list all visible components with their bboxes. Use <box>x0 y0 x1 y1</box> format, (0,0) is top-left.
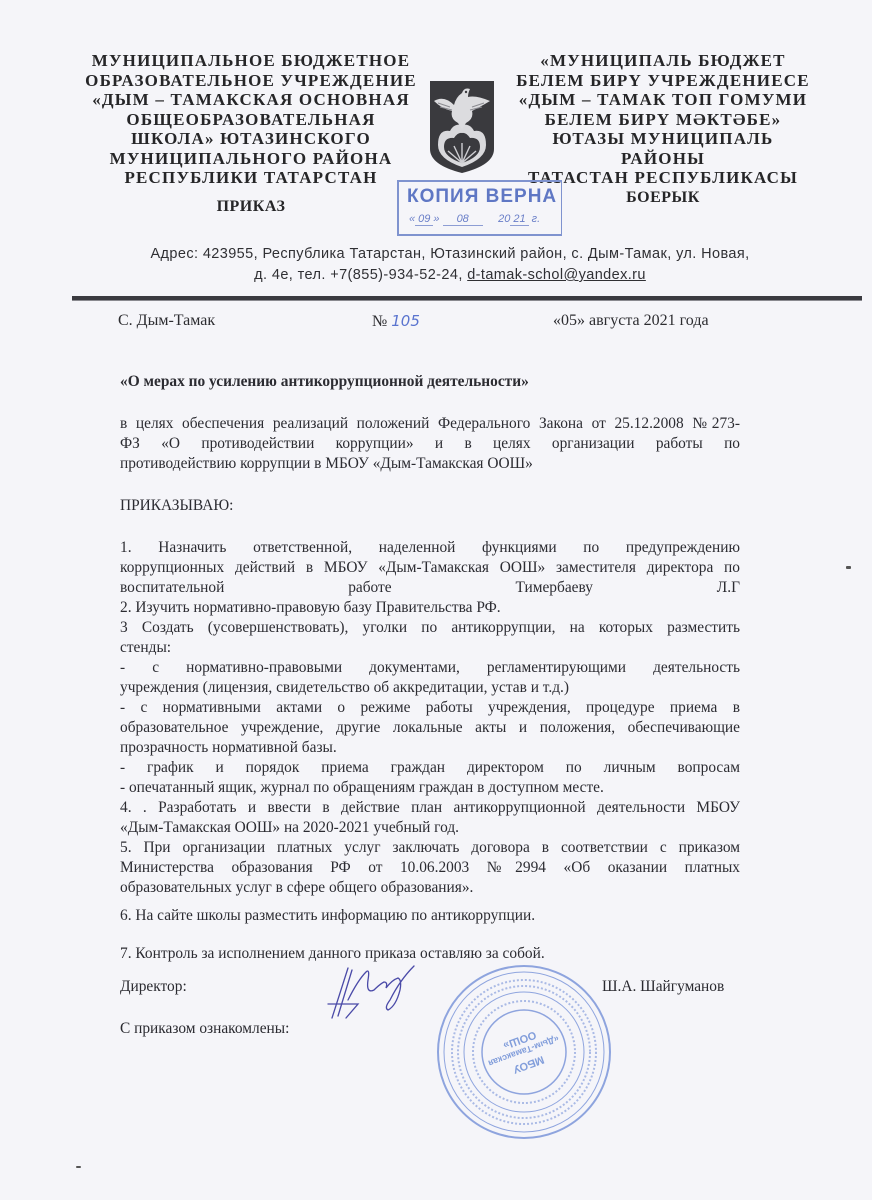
item-line: - с нормативно-правовыми документами, ре… <box>120 658 740 678</box>
header-left-line: «ДЫМ – ТАМАКСКАЯ ОСНОВНАЯ <box>76 90 426 110</box>
director-label: Директор: <box>120 978 187 996</box>
item-7: 7. Контроль за исполнением данного прика… <box>120 944 740 964</box>
header-left-line: ОБЩЕОБРАЗОВАТЕЛЬНАЯ <box>76 110 426 130</box>
item-line: - опечатанный ящик, журнал по обращениям… <box>120 778 740 798</box>
item-line: 4. . Разработать и ввести в действие пла… <box>120 798 740 818</box>
item-line: 5. При организации платных услуг заключа… <box>120 838 740 858</box>
item-line: образовательное учреждение, другие локал… <box>120 718 740 738</box>
order-date: «05» августа 2021 года <box>553 312 709 330</box>
item-line: коррупционных действий в МБОУ «Дым-Тамак… <box>120 558 740 578</box>
item-line: - график и порядок приема граждан директ… <box>120 758 740 778</box>
item-line: образовательных услуг в сфере общего обр… <box>120 878 740 898</box>
stamp-date: «09» 08 2021 г. <box>409 213 540 225</box>
item-line: воспитательной работе Тимербаеву Л.Г <box>120 578 740 598</box>
address-block: Адрес: 423955, Республика Татарстан, Юта… <box>60 244 840 286</box>
number-handwritten: 105 <box>391 312 420 330</box>
item-line: учреждения (лицензия, свидетельство об а… <box>120 678 740 698</box>
acknowledged-label: С приказом ознакомлены: <box>120 1020 289 1038</box>
item-line: - с нормативными актами о режиме работы … <box>120 698 740 718</box>
order-number: № 105 <box>372 312 420 331</box>
copy-certified-stamp: КОПИЯ ВЕРНА «09» 08 2021 г. <box>397 180 562 236</box>
header-left-line: ОБРАЗОВАТЕЛЬНОЕ УЧРЕЖДЕНИЕ <box>76 71 426 91</box>
stamp-day: 09 <box>415 213 433 226</box>
header-left-russian: МУНИЦИПАЛЬНОЕ БЮДЖЕТНОЕ ОБРАЗОВАТЕЛЬНОЕ … <box>76 51 426 216</box>
order-word: ПРИКАЗЫВАЮ: <box>120 496 740 516</box>
stamp-year: 21 <box>510 213 528 226</box>
item-line: 3 Создать (усовершенствовать), уголки по… <box>120 618 740 638</box>
item-line: Министерства образования РФ от 10.06.200… <box>120 858 740 878</box>
header-divider-thin <box>72 300 862 301</box>
email-link[interactable]: d-tamak-schol@yandex.ru <box>467 267 646 283</box>
header-left-line: МУНИЦИПАЛЬНОГО РАЙОНА <box>76 149 426 169</box>
item-line: 2. Изучить нормативно-правовую базу Прав… <box>120 598 740 618</box>
order-items: 1. Назначить ответственной, наделенной ф… <box>120 538 740 898</box>
preamble-line: в целях обеспечения реализаций положений… <box>120 414 740 434</box>
preamble-line: ФЗ «О противодействии коррупции» и в цел… <box>120 434 740 454</box>
handwritten-signature-icon <box>318 960 418 1022</box>
director-name: Ш.А. Шайгуманов <box>602 978 724 996</box>
header-right-line: БЕЛЕМ БИРҮ УЧРЕЖДЕНИЕСЕ <box>498 71 828 91</box>
round-seal-icon: МБОУ «Дым-Тамакская ООШ» <box>434 962 614 1142</box>
header-left-line: ШКОЛА» ЮТАЗИНСКОГО <box>76 129 426 149</box>
stamp-year-mark: г. <box>532 213 540 225</box>
preamble: в целях обеспечения реализаций положений… <box>120 414 740 474</box>
scanned-document-page: МУНИЦИПАЛЬНОЕ БЮДЖЕТНОЕ ОБРАЗОВАТЕЛЬНОЕ … <box>0 0 872 1200</box>
header-right-line: ЮТАЗЫ МУНИЦИПАЛЬ <box>498 129 828 149</box>
scan-speck <box>846 566 851 569</box>
doc-type-ru: ПРИКАЗ <box>76 197 426 217</box>
document-title: «О мерах по усилению антикоррупционной д… <box>120 372 740 392</box>
item-line: «Дым-Тамакская ООШ» на 2020-2021 учебный… <box>120 818 740 838</box>
stamp-title: КОПИЯ ВЕРНА <box>407 186 557 208</box>
item-6: 6. На сайте школы разместить информацию … <box>120 906 740 926</box>
header-right-line: «ДЫМ – ТАМАК ТОП ГОМУМИ <box>498 90 828 110</box>
item-line: стенды: <box>120 638 740 658</box>
number-label: № <box>372 313 387 330</box>
coat-of-arms-icon <box>428 79 496 174</box>
header-left-line: РЕСПУБЛИКИ ТАТАРСТАН <box>76 168 426 188</box>
address-line-2: д. 4е, тел. +7(855)-934-52-24, d-tamak-s… <box>60 265 840 286</box>
item-line: прозрачность нормативной базы. <box>120 738 740 758</box>
stamp-year-prefix: 20 <box>498 213 510 225</box>
address-line-1: Адрес: 423955, Республика Татарстан, Юта… <box>60 244 840 265</box>
order-place: С. Дым-Тамак <box>118 312 215 330</box>
header-right-line: «МУНИЦИПАЛЬ БЮДЖЕТ <box>498 51 828 71</box>
stamp-month: 08 <box>443 213 483 226</box>
address-phone: д. 4е, тел. +7(855)-934-52-24, <box>254 267 467 283</box>
header-right-line: БЕЛЕМ БИРҮ МӘКТӘБЕ» <box>498 110 828 130</box>
preamble-line: противодействию коррупции в МБОУ «Дым-Та… <box>120 454 740 474</box>
item-line: 1. Назначить ответственной, наделенной ф… <box>120 538 740 558</box>
header-right-line: РАЙОНЫ <box>498 149 828 169</box>
header-left-line: МУНИЦИПАЛЬНОЕ БЮДЖЕТНОЕ <box>76 51 426 71</box>
scan-speck <box>76 1166 81 1168</box>
